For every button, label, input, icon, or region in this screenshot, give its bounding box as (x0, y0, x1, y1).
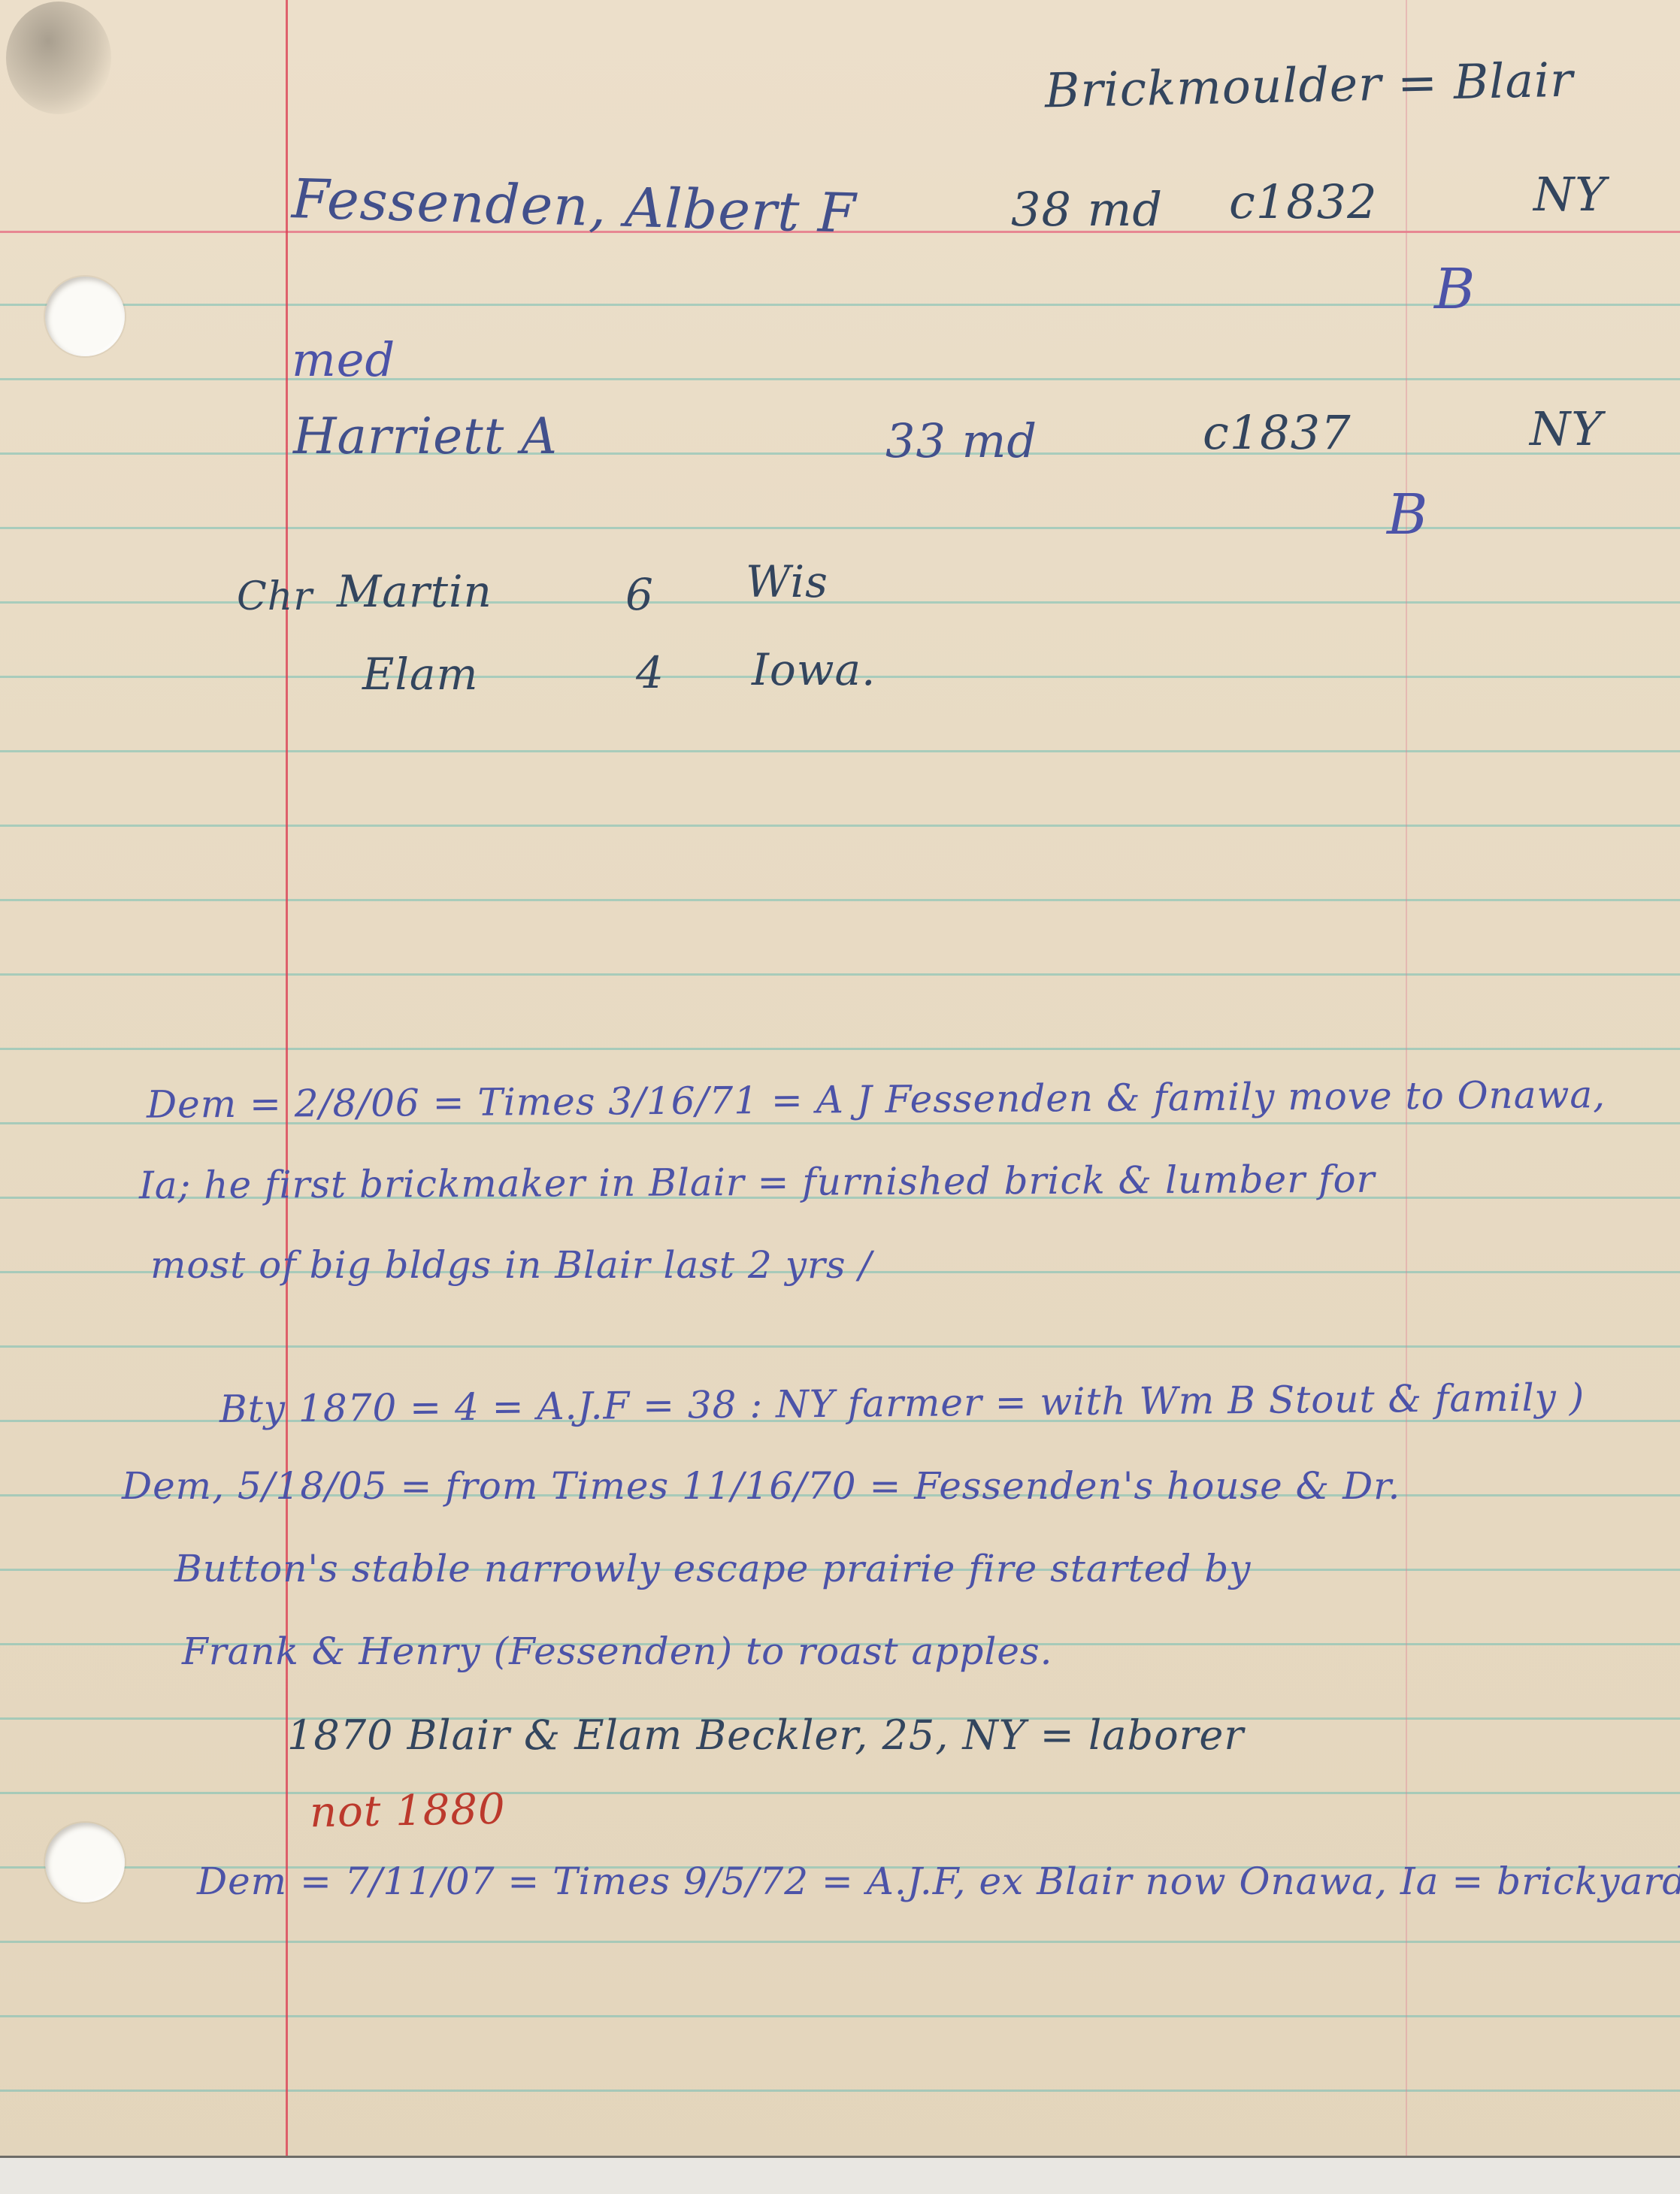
note-line: 1870 Blair & Elam Beckler, 25, NY = labo… (287, 1715, 1244, 1756)
child-age: 6 (625, 573, 654, 616)
husband-birthplace: NY (1533, 171, 1606, 218)
husband-flag: B (1434, 262, 1476, 317)
wife-age: 33 md (885, 418, 1037, 465)
note-line: Frank & Henry (Fessenden) to roast apple… (182, 1633, 1053, 1670)
note-line: Dem, 5/18/05 = from Times 11/16/70 = Fes… (122, 1467, 1400, 1505)
note-line: most of big bldgs in Blair last 2 yrs / (150, 1246, 872, 1284)
punch-hole-bottom (45, 1823, 125, 1902)
note-line: Ia; he first brickmaker in Blair = furni… (139, 1161, 1376, 1205)
note-annotation-red: not 1880 (310, 1789, 507, 1835)
scan-edge (0, 2156, 1680, 2194)
note-line: Bty 1870 = 4 = A.J.F = 38 : NY farmer = … (219, 1378, 1585, 1428)
note-line: Button's stable narrowly escape prairie … (174, 1550, 1251, 1587)
husband-birth-year: c1832 (1229, 179, 1378, 225)
corner-stain (6, 2, 111, 114)
note-line: Dem = 7/11/07 = Times 9/5/72 = A.J.F, ex… (197, 1863, 1680, 1900)
note-line: Dem = 2/8/06 = Times 3/16/71 = A J Fesse… (147, 1076, 1606, 1124)
child-name: Martin (337, 570, 492, 613)
wife-flag: B (1387, 487, 1428, 543)
category-note: Brickmoulder = Blair (1044, 56, 1573, 115)
husband-age: 38 md (1011, 186, 1163, 233)
punch-hole-top (45, 277, 125, 356)
child-birthplace: Iowa. (752, 648, 876, 691)
wife-name: Harriett A (293, 412, 558, 461)
left-margin-line (286, 0, 288, 2156)
wife-birth-year: c1837 (1203, 410, 1352, 456)
child-name: Elam (362, 652, 478, 696)
notebook-page: Brickmoulder = Blair Fessenden, Albert F… (0, 0, 1680, 2194)
child-birthplace: Wis (746, 560, 828, 604)
husband-name: Fessenden, Albert F (291, 171, 857, 241)
child-age: 4 (636, 651, 664, 695)
wife-birthplace: NY (1530, 406, 1603, 452)
children-label: Chr (237, 577, 313, 616)
relation-label: med (292, 337, 395, 383)
